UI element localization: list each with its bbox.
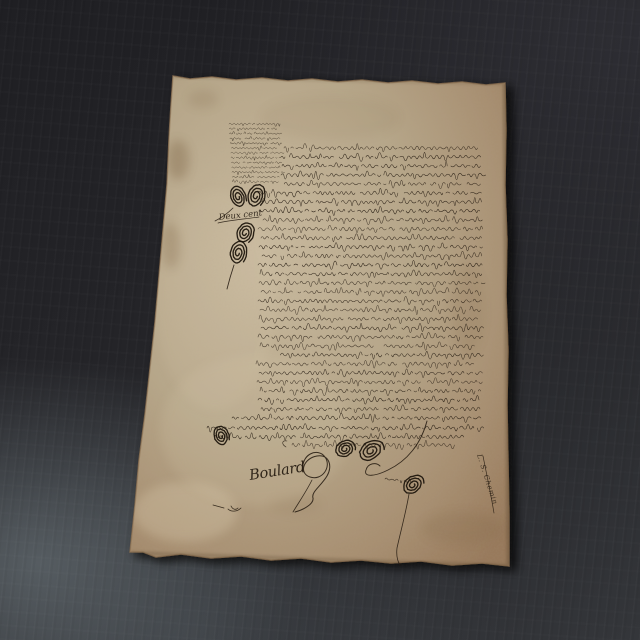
photo-scene: Deux cent Boulard L. S. Chemin [0,0,640,640]
manuscript-photo: Deux cent Boulard L. S. Chemin [0,0,640,640]
